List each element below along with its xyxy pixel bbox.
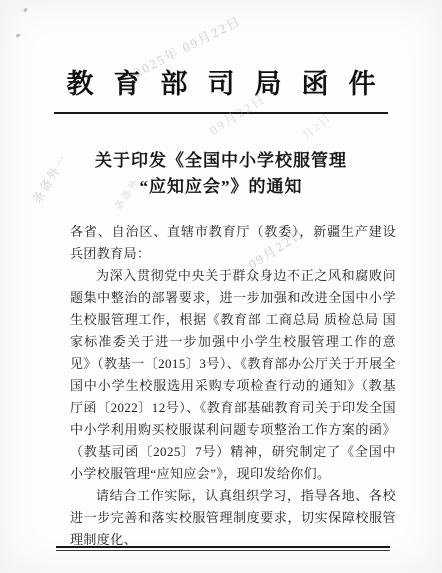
body-paragraph: 为深入贯彻党中央关于群众身边不正之风和腐败问题集中整治的部署要求，进一步加强和改…: [70, 265, 396, 485]
document-page: 2025年 09月22日 条备外一 09月22日 条备外 09月22日 月2日 …: [0, 0, 442, 573]
body-paragraph: 请结合工作实际，认真组织学习，指导各地、各校进一步完善和落实校服管理制度要求，切…: [70, 485, 396, 551]
document-title-line1: 关于印发《全国中小学校服管理: [0, 148, 442, 174]
scan-watermark: 月2日: [299, 109, 335, 143]
scan-speck: [16, 33, 21, 37]
letterhead-title: 教育部司局函件: [0, 62, 442, 101]
letterhead-rule: [54, 112, 388, 114]
document-body: 各省、自治区、直辖市教育厅（教委），新疆生产建设兵团教育局： 为深入贯彻党中央关…: [70, 221, 396, 551]
addressee-line: 各省、自治区、直辖市教育厅（教委），新疆生产建设兵团教育局：: [70, 221, 396, 265]
document-title: 关于印发《全国中小学校服管理 “应知应会”》的通知: [0, 148, 442, 200]
scan-speck: [23, 8, 28, 13]
footer-rule: [56, 546, 390, 551]
document-title-line2: “应知应会”》的通知: [0, 174, 442, 200]
